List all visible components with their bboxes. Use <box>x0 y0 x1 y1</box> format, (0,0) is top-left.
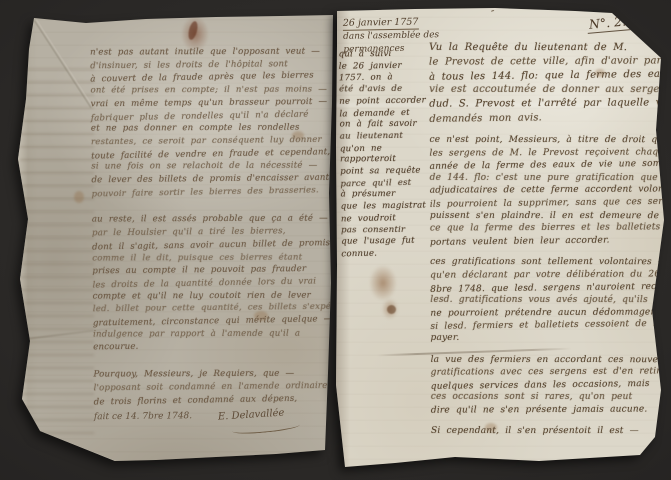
paragraph: n'est pas autant inutile que l'opposant … <box>90 45 332 200</box>
handwritten-line: dire qu'il ne s'en présente jamais aucun… <box>431 403 665 417</box>
margin-note-line: qui à suivi <box>339 49 439 61</box>
assembly-note-line: dans l'assemblée des <box>343 29 439 43</box>
session-date: 26 janvier 1757 <box>343 17 419 31</box>
handwritten-line: lesd. gratifications vous avés ajouté, q… <box>430 294 664 307</box>
handwritten-line: ont été prises en compte; il n'est pas m… <box>90 84 330 98</box>
handwritten-line: qu'en déclarant par votre délibération d… <box>430 268 664 282</box>
handwritten-line: si une fois on se relachoit de la nécess… <box>91 160 331 174</box>
margin-note-line: connue. <box>341 247 441 261</box>
handwritten-line: payer. <box>430 332 664 345</box>
paragraph: Si cependant, il s'en présentoit il est … <box>431 425 665 439</box>
right-page: 26 janvier 1757 dans l'assemblée des per… <box>335 5 667 473</box>
handwritten-line: ces gratifications sont tellement volont… <box>430 256 664 269</box>
handwritten-line: Si cependant, il s'en présentoit il est … <box>431 425 665 438</box>
handwritten-line: Vu la Requête du lieutenant de M. <box>429 41 663 55</box>
paragraph: au reste, il est assés probable que ça a… <box>92 212 333 354</box>
handwritten-line: comme il le dit, puisque ces bierres éta… <box>92 251 332 265</box>
paragraph: ces gratifications sont tellement volont… <box>430 256 664 345</box>
left-page-body: n'est pas autant inutile que l'opposant … <box>90 45 334 423</box>
left-page-paper: n'est pas autant inutile que l'opposant … <box>16 13 334 465</box>
left-page: n'est pas autant inutile que l'opposant … <box>16 13 334 465</box>
signature: E. Delavallée <box>218 408 285 423</box>
paragraph: la vue des fermiers en accordant ces nou… <box>431 353 665 417</box>
foxing-spot <box>74 191 84 203</box>
margin-note-line: ne point accorder <box>339 95 439 108</box>
corner-fold <box>38 429 118 465</box>
paragraph: Pourquoy, Messieurs, je Requiers, que —l… <box>93 367 333 408</box>
signature-row: fait ce 14. 7bre 1748. E. Delavallée <box>94 409 334 423</box>
handwritten-line: de 144. flo: c'est une pure gratificatio… <box>430 172 664 185</box>
handwritten-line: au reste, il est assés probable que ça a… <box>92 213 332 227</box>
ink-stain <box>387 305 396 314</box>
handwritten-line: encourue. <box>93 339 333 354</box>
paragraph: ce n'est point, Messieurs, à titre de dr… <box>429 133 664 248</box>
bleed-through-text <box>20 68 94 434</box>
right-page-body: Vu la Requête du lieutenant de M.le Prev… <box>429 40 665 447</box>
handwritten-line: Pourquoy, Messieurs, je Requiers, que — <box>93 368 333 382</box>
handwritten-line: n'est pas autant inutile que l'opposant … <box>90 45 330 59</box>
signature-flourish <box>232 420 301 436</box>
handwritten-line: portans veulent bien leur accorder. <box>430 234 664 250</box>
right-page-paper: 26 janvier 1757 dans l'assemblée des per… <box>335 5 667 473</box>
handwritten-line: vie est accoutumée de donner aux sergens <box>429 83 663 97</box>
margin-note-line: point sa requête <box>340 165 440 178</box>
handwritten-line: indulgence par rapport à l'amende qu'il … <box>93 327 333 341</box>
ditto-mark: ″ <box>491 10 494 20</box>
margin-note-line: au lieutenant <box>340 130 440 143</box>
handwritten-line: la vue des fermiers en accordant ces nou… <box>431 353 665 366</box>
paragraph: Vu la Requête du lieutenant de M.le Prev… <box>429 40 663 125</box>
margin-notes: qui à suivile 26 janvier1757. on àété d'… <box>339 48 442 260</box>
margin-note-line: pas consentir <box>341 224 441 236</box>
margin-note-line: à présumer <box>341 189 441 201</box>
margin-note-line: été d'avis de <box>339 84 439 96</box>
dateline: fait ce 14. 7bre 1748. <box>94 411 192 422</box>
handwritten-line: ces occasions sont si rares, qu'on peut <box>431 391 665 404</box>
handwritten-line: puissent s'en plaindre. il en est demeur… <box>430 209 664 222</box>
margin-note-line: rapporteroit <box>340 154 440 166</box>
handwritten-line: ce n'est point, Messieurs, à titre de dr… <box>429 134 663 147</box>
handwritten-line: demandés mon avis. <box>429 110 663 127</box>
scan-background: n'est pas autant inutile que l'opposant … <box>0 0 671 480</box>
page-number: N°. 2. <box>586 13 630 34</box>
